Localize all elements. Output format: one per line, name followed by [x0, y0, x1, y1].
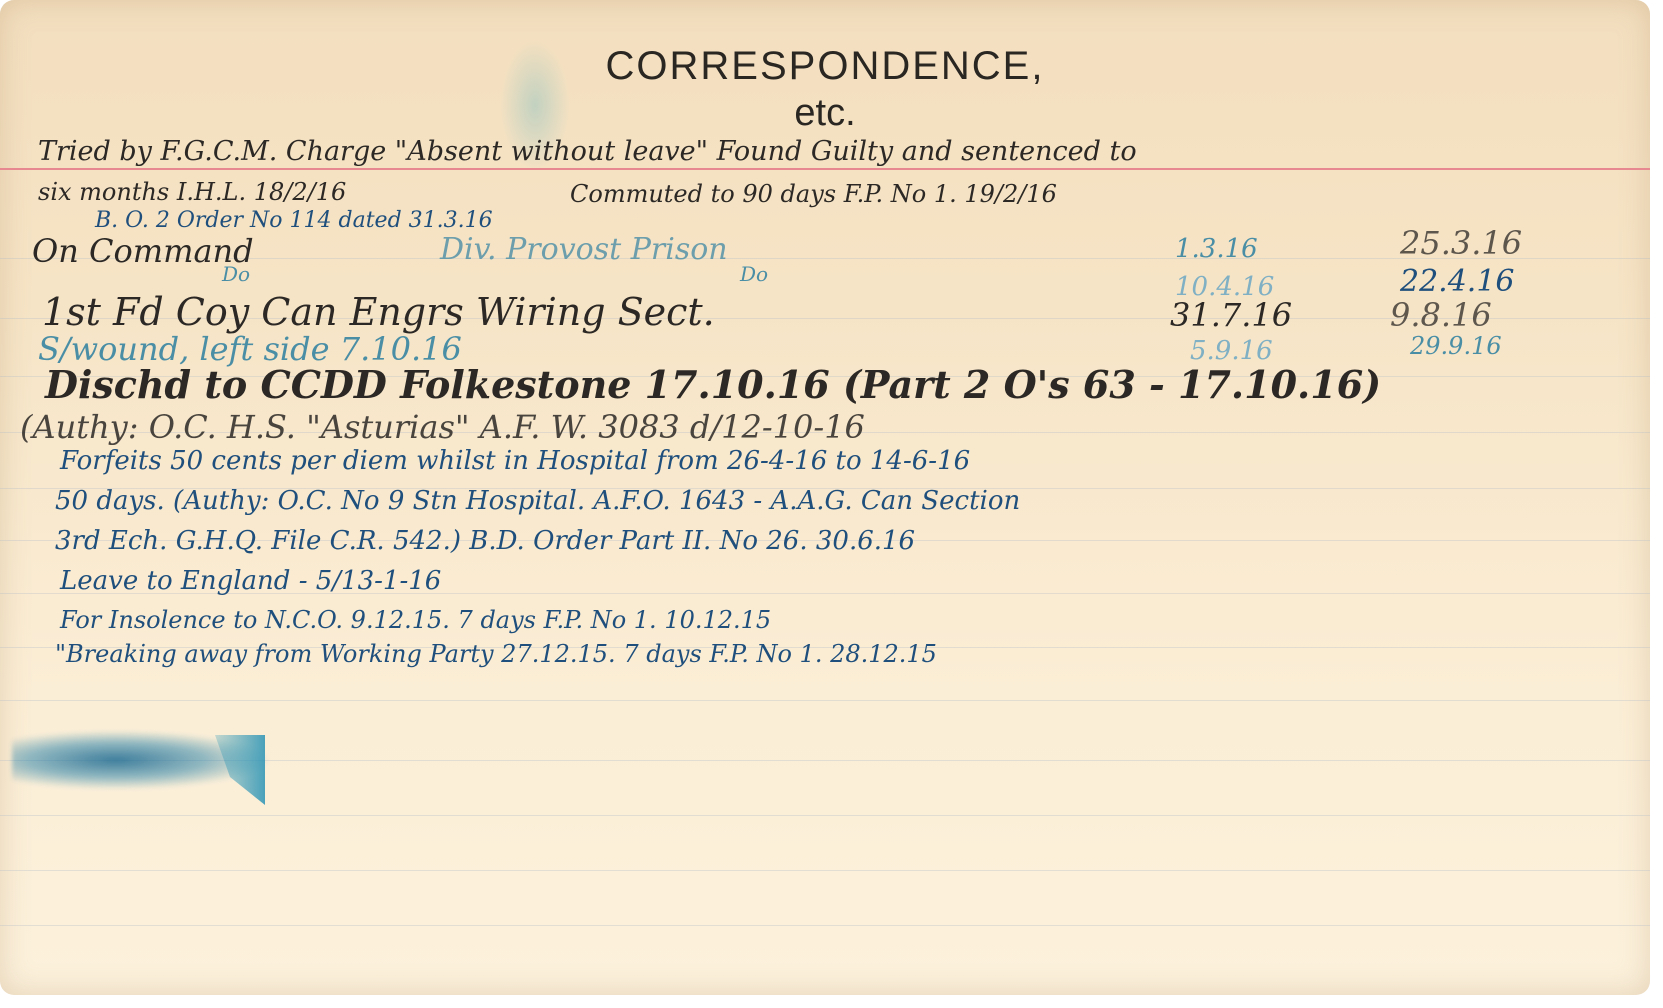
entry-leave: Leave to England - 5/13-1-16: [60, 566, 441, 596]
entry-order: B. O. 2 Order No 114 dated 31.3.16: [95, 208, 493, 233]
entry-breaking-away: "Breaking away from Working Party 27.12.…: [55, 640, 937, 668]
ruled-line: [0, 925, 1650, 926]
entry-unit: 1st Fd Coy Can Engrs Wiring Sect.: [42, 290, 715, 334]
ruled-line: [0, 815, 1650, 816]
entry-date-to: 22.4.16: [1400, 264, 1515, 299]
entry-date-from: 1.3.16: [1175, 234, 1258, 264]
entry-sentence: six months I.H.L. 18/2/16: [38, 178, 346, 206]
card-heading: CORRESPONDENCE,: [0, 44, 1650, 89]
entry-date-from: 31.7.16: [1170, 296, 1292, 334]
ruled-line: [0, 700, 1650, 701]
entry-date-to: 29.9.16: [1410, 332, 1502, 360]
entry-provost-prison: Div. Provost Prison: [440, 232, 728, 267]
entry-court-martial: Tried by F.G.C.M. Charge "Absent without…: [38, 136, 1137, 167]
ruled-line: [0, 870, 1650, 871]
entry-date-to: 9.8.16: [1390, 296, 1492, 334]
card-subheading: etc.: [0, 92, 1650, 135]
entry-ditto: Do: [740, 262, 768, 286]
entry-commuted: Commuted to 90 days F.P. No 1. 19/2/16: [570, 180, 1057, 208]
entry-forfeits: Forfeits 50 cents per diem whilst in Hos…: [60, 446, 970, 476]
entry-authority: (Authy: O.C. H.S. "Asturias" A.F. W. 308…: [20, 408, 865, 446]
entry-insolence: For Insolence to N.C.O. 9.12.15. 7 days …: [60, 606, 771, 634]
entry-file-ref: 3rd Ech. G.H.Q. File C.R. 542.) B.D. Ord…: [55, 526, 915, 556]
entry-on-command: On Command: [32, 232, 254, 270]
entry-discharge: Dischd to CCDD Folkestone 17.10.16 (Part…: [45, 362, 1381, 407]
entry-ditto: Do: [222, 262, 250, 286]
service-record-card: CORRESPONDENCE, etc. Tried by F.G.C.M. C…: [0, 0, 1650, 995]
entry-authority-hospital: 50 days. (Authy: O.C. No 9 Stn Hospital.…: [55, 486, 1020, 516]
entry-date-to: 25.3.16: [1400, 224, 1522, 262]
red-margin-rule: [0, 168, 1650, 170]
